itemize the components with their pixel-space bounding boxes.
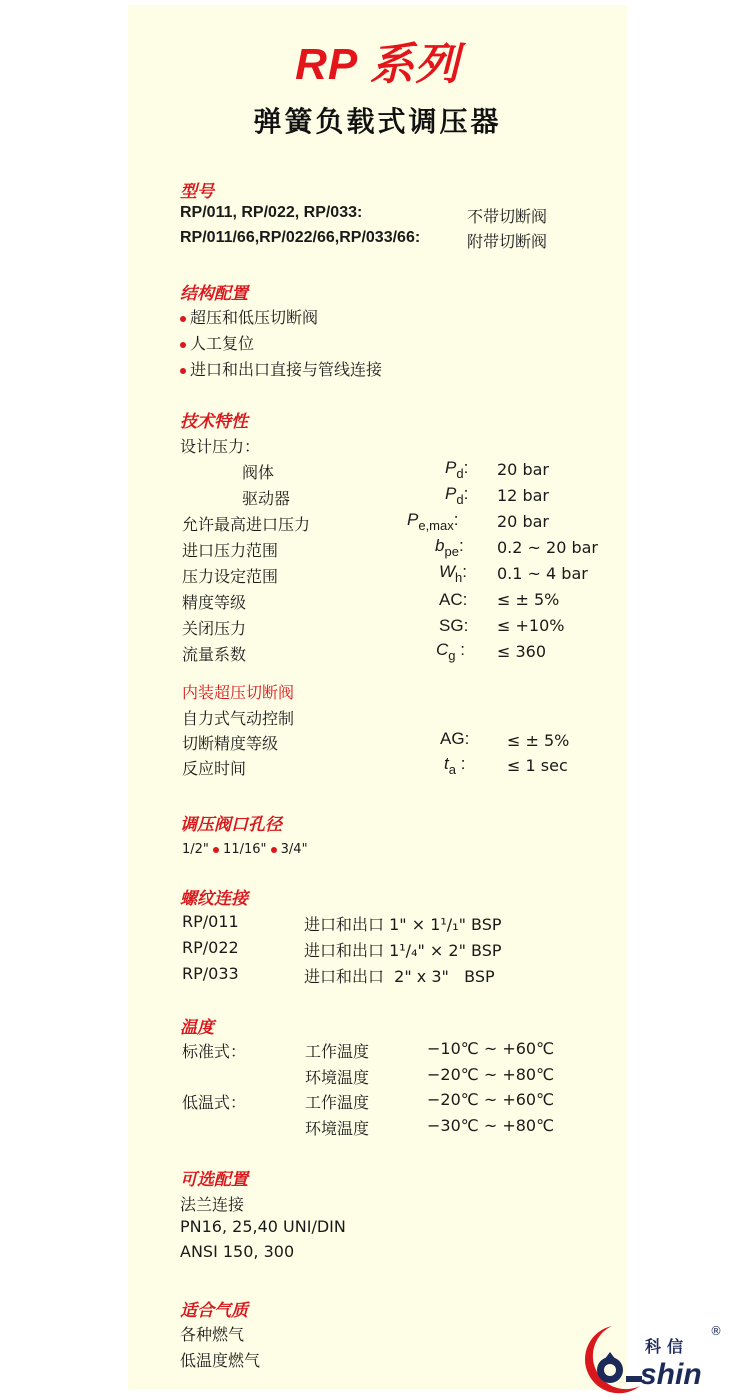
options-heading: 可选配置: [180, 1165, 248, 1190]
tech-symbol: SG:: [439, 616, 468, 636]
bullet-icon: [271, 847, 277, 853]
thread-model: RP/033: [182, 964, 239, 983]
tech-symbol: Pd:: [445, 458, 468, 481]
tech-label: 阀体: [242, 460, 274, 483]
model-desc-2: 附带切断阀: [467, 229, 547, 252]
bullet-icon: [213, 847, 219, 853]
bullet-icon: [180, 316, 186, 322]
tech-value: 20 bar: [497, 460, 549, 479]
gas-item: 低温度燃气: [180, 1348, 260, 1371]
tech-value: ≤ +10%: [497, 616, 564, 635]
tech-symbol: AC:: [439, 590, 467, 610]
model-desc-1: 不带切断阀: [467, 204, 547, 227]
tech-value: 0.1 ~ 4 bar: [497, 564, 588, 583]
page-subtitle: 弹簧负载式调压器: [128, 100, 627, 140]
temperature-heading: 温度: [180, 1013, 214, 1038]
option-item: PN16, 25,40 UNI/DIN: [180, 1217, 346, 1236]
orifice-sizes: 1/2" 11/16" 3/4": [182, 842, 308, 857]
logo-cn-text: 科信: [645, 1334, 689, 1357]
tech-label: 流量系数: [182, 642, 246, 665]
tech-symbol: Pe,max:: [407, 510, 458, 533]
tech-heading: 技术特性: [180, 407, 248, 432]
temp-type: 标准式：: [182, 1039, 246, 1062]
gas-item: 各种燃气: [180, 1322, 244, 1345]
tech-value: 20 bar: [497, 512, 549, 531]
model-codes-2: RP/011/66,RP/022/66,RP/033/66:: [180, 229, 420, 247]
shutoff-control: 自力式气动控制: [182, 706, 294, 729]
tech-value: ≤ ± 5%: [497, 590, 559, 609]
temp-range: −20℃ ~ +80℃: [427, 1065, 554, 1084]
tech-value: 12 bar: [497, 486, 549, 505]
temp-range: −10℃ ~ +60℃: [427, 1039, 554, 1058]
structure-item: 人工复位: [180, 331, 254, 354]
tech-symbol: Pd:: [445, 484, 468, 507]
bullet-icon: [180, 342, 186, 348]
structure-heading: 结构配置: [180, 279, 248, 304]
shutoff-symbol: AG:: [440, 729, 469, 749]
shutoff-label: 切断精度等级: [182, 731, 278, 754]
temp-range: −20℃ ~ +60℃: [427, 1090, 554, 1109]
tech-value: 0.2 ~ 20 bar: [497, 538, 598, 557]
tech-label: 允许最高进口压力: [182, 512, 310, 535]
shutoff-heading: 内装超压切断阀: [182, 680, 294, 703]
option-item: 法兰连接: [180, 1192, 244, 1215]
logo-en-text: shin: [640, 1358, 702, 1392]
tech-symbol: Wh:: [439, 562, 467, 585]
shutoff-label: 反应时间: [182, 756, 246, 779]
bullet-icon: [180, 368, 186, 374]
thread-desc: 进口和出口 2" x 3" BSP: [304, 964, 495, 987]
temp-type: 低温式：: [182, 1090, 246, 1113]
page-title: RP 系列: [128, 28, 627, 92]
models-heading: 型号: [180, 177, 214, 202]
shutoff-value: ≤ ± 5%: [507, 731, 569, 750]
thread-model: RP/011: [182, 912, 239, 931]
tech-value: ≤ 360: [497, 642, 546, 661]
thread-model: RP/022: [182, 938, 239, 957]
shutoff-value: ≤ 1 sec: [507, 756, 568, 775]
tech-label: 驱动器: [242, 486, 290, 509]
orifice-heading: 调压阀口孔径: [180, 810, 282, 835]
tech-label: 精度等级: [182, 590, 246, 613]
gas-heading: 适合气质: [180, 1296, 248, 1321]
tech-label: 进口压力范围: [182, 538, 278, 561]
structure-item: 超压和低压切断阀: [180, 305, 318, 328]
design-pressure-label: 设计压力：: [180, 434, 260, 457]
option-item: ANSI 150, 300: [180, 1242, 294, 1261]
model-codes-1: RP/011, RP/022, RP/033:: [180, 204, 362, 222]
tech-symbol: bpe:: [435, 536, 464, 559]
coshin-logo: 科信 ® shin: [570, 1318, 730, 1398]
thread-desc: 进口和出口 1" × 1¹/₁" BSP: [304, 912, 502, 935]
structure-item: 进口和出口直接与管线连接: [180, 357, 382, 380]
thread-desc: 进口和出口 1¹/₄" × 2" BSP: [304, 938, 502, 961]
thread-heading: 螺纹连接: [180, 884, 248, 909]
temp-kind: 工作温度: [305, 1090, 369, 1113]
temp-kind: 工作温度: [305, 1039, 369, 1062]
temp-kind: 环境温度: [305, 1116, 369, 1139]
tech-label: 关闭压力: [182, 616, 246, 639]
tech-label: 压力设定范围: [182, 564, 278, 587]
registered-icon: ®: [710, 1324, 722, 1338]
temp-kind: 环境温度: [305, 1065, 369, 1088]
temp-range: −30℃ ~ +80℃: [427, 1116, 554, 1135]
tech-symbol: Cg :: [436, 640, 465, 663]
shutoff-symbol: ta :: [444, 754, 465, 777]
